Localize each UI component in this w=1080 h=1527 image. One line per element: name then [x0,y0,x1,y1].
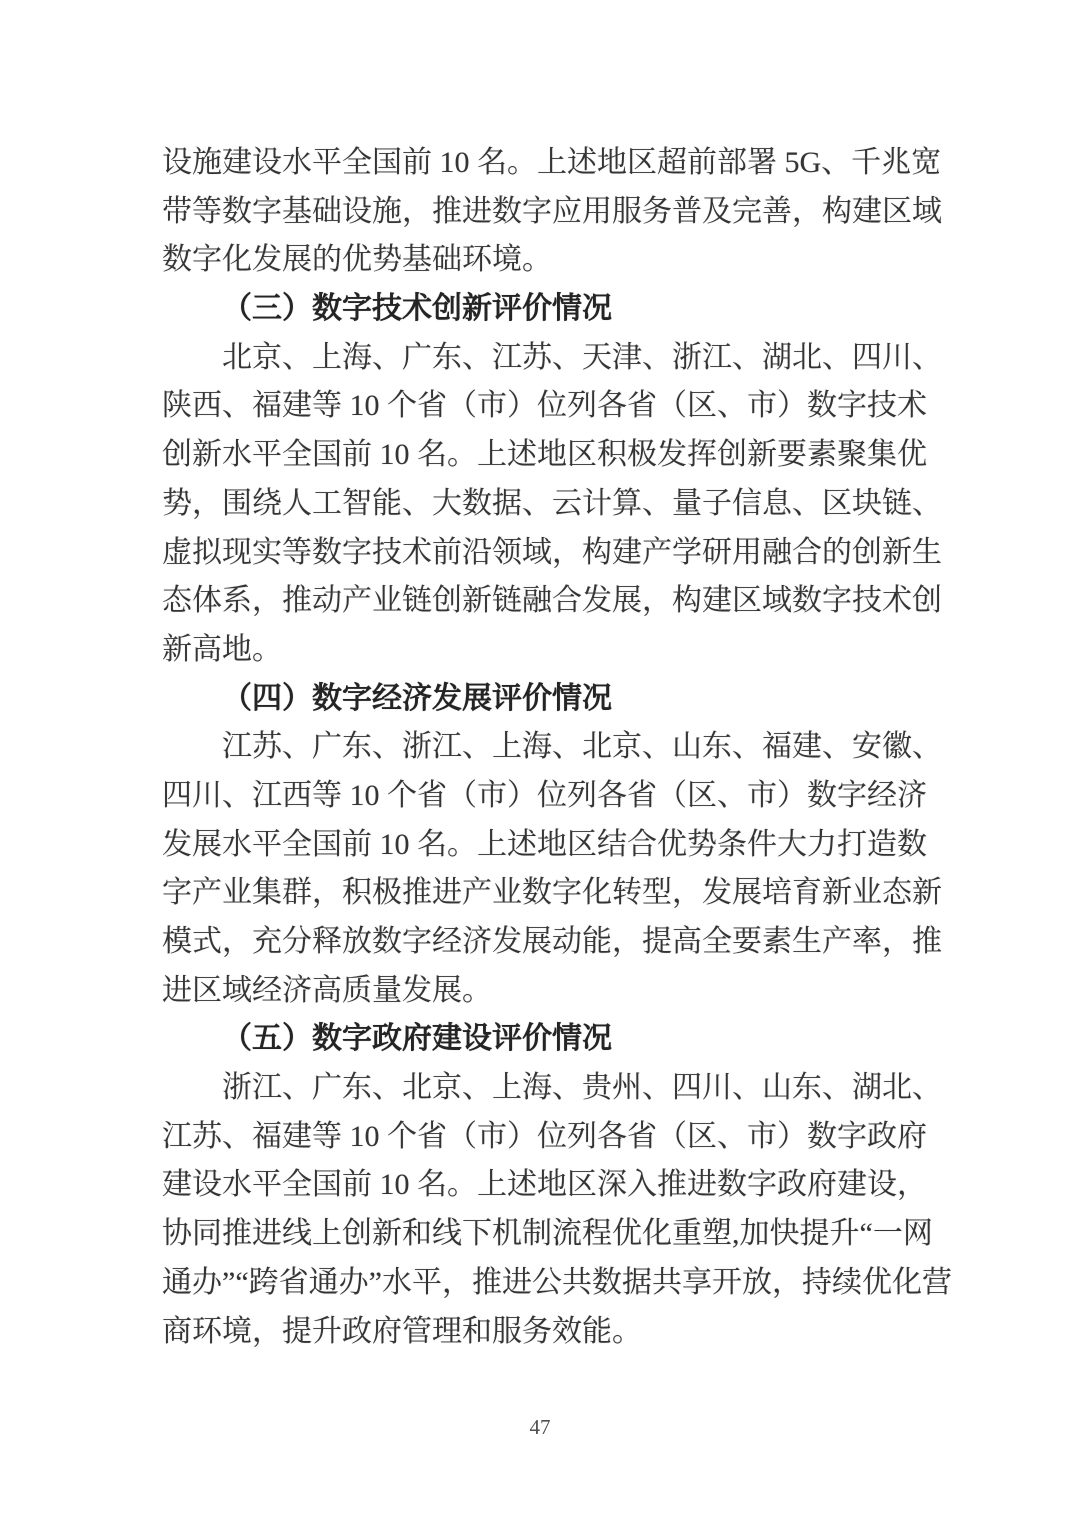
document-page: 设施建设水平全国前 10 名。上述地区超前部署 5G、千兆宽 带等数字基础设施，… [0,0,1080,1527]
text-line: 四川、江西等 10 个省（市）位列各省（区、市）数字经济 [162,772,918,821]
text-line: 商环境，提升政府管理和服务效能。 [162,1308,918,1357]
text-line: 创新水平全国前 10 名。上述地区积极发挥创新要素聚集优 [162,431,918,480]
text-line: 进区域经济高质量发展。 [162,967,918,1016]
text-line: 设施建设水平全国前 10 名。上述地区超前部署 5G、千兆宽 [162,139,918,188]
section-heading-4: （四）数字经济发展评价情况 [162,675,918,724]
text-line: 虚拟现实等数字技术前沿领域，构建产学研用融合的创新生 [162,529,918,578]
text-line: 陕西、福建等 10 个省（市）位列各省（区、市）数字技术 [162,382,918,431]
text-line: 江苏、福建等 10 个省（市）位列各省（区、市）数字政府 [162,1113,918,1162]
text-line: 新高地。 [162,626,918,675]
text-line: 北京、上海、广东、江苏、天津、浙江、湖北、四川、 [162,334,918,383]
text-line: 江苏、广东、浙江、上海、北京、山东、福建、安徽、 [162,723,918,772]
text-line: 协同推进线上创新和线下机制流程优化重塑,加快提升“一网 [162,1210,918,1259]
text-line: 发展水平全国前 10 名。上述地区结合优势条件大力打造数 [162,821,918,870]
text-line: 浙江、广东、北京、上海、贵州、四川、山东、湖北、 [162,1064,918,1113]
page-number: 47 [0,1412,1080,1442]
text-line: 字产业集群，积极推进产业数字化转型，发展培育新业态新 [162,869,918,918]
text-line: 势，围绕人工智能、大数据、云计算、量子信息、区块链、 [162,480,918,529]
text-line: 态体系，推动产业链创新链融合发展，构建区域数字技术创 [162,577,918,626]
text-line: 带等数字基础设施，推进数字应用服务普及完善，构建区域 [162,188,918,237]
section-heading-5: （五）数字政府建设评价情况 [162,1015,918,1064]
text-line: 模式，充分释放数字经济发展动能，提高全要素生产率，推 [162,918,918,967]
text-line: 通办”“跨省通办”水平，推进公共数据共享开放，持续优化营 [162,1259,918,1308]
text-line: 数字化发展的优势基础环境。 [162,236,918,285]
document-text-block: 设施建设水平全国前 10 名。上述地区超前部署 5G、千兆宽 带等数字基础设施，… [162,139,918,1356]
text-line: 建设水平全国前 10 名。上述地区深入推进数字政府建设， [162,1161,918,1210]
section-heading-3: （三）数字技术创新评价情况 [162,285,918,334]
